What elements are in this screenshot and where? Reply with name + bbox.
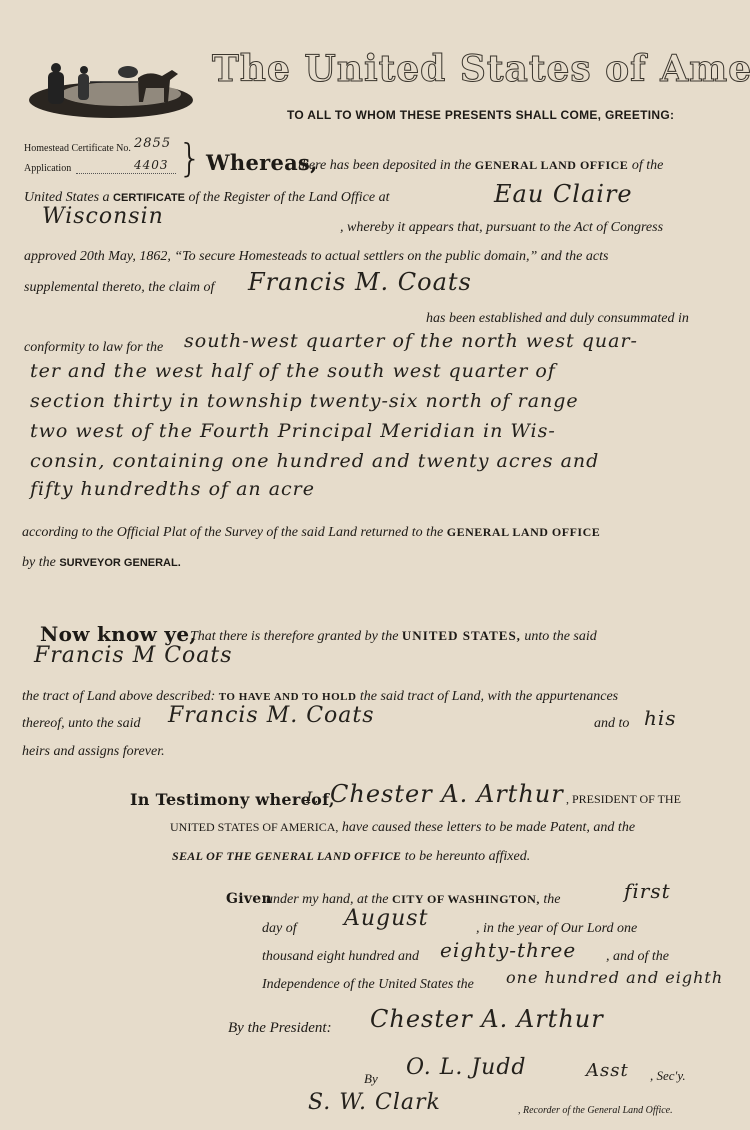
whereas-text: United States a — [24, 190, 110, 205]
whereas-text: conformity to law for the — [24, 340, 163, 356]
given-text: thousand eight hundred and — [262, 949, 419, 965]
whereas-text: of the Register of the Land Office at — [188, 190, 389, 205]
grant-text: thereof, unto the said — [22, 716, 140, 732]
act-of-congress: approved 20th May, 1862, “To secure Home… — [24, 249, 608, 265]
president-title: , PRESIDENT OF THE — [566, 792, 681, 807]
land-office-city: Eau Claire — [494, 180, 633, 208]
grant-text: and to — [594, 716, 629, 732]
united-states-caps: UNITED STATES, — [402, 628, 521, 643]
assistant-label: Asst — [586, 1060, 629, 1081]
application-leader — [76, 173, 176, 174]
application-number: 4403 — [134, 158, 169, 172]
given-text: under my hand, at the — [266, 892, 388, 907]
surveyor-general: SURVEYOR GENERAL. — [59, 557, 180, 569]
given-text: Independence of the United States the — [262, 977, 474, 993]
whereas-text: of the — [632, 158, 664, 173]
land-description-line: south-west quarter of the north west qua… — [184, 330, 638, 352]
given-text: the — [543, 892, 560, 907]
testimony-i: I, — [306, 788, 319, 807]
farm-scene-engraving-icon — [26, 48, 196, 120]
grantee-name: Francis M. Coats — [168, 703, 375, 728]
month-value: August — [344, 906, 428, 931]
general-land-office: GENERAL LAND OFFICE — [475, 158, 629, 172]
whereas-text: supplemental thereto, the claim of — [24, 280, 214, 296]
grant-text: unto the said — [524, 629, 596, 644]
grantee-name: Francis M Coats — [34, 643, 233, 668]
secretary-signature: O. L. Judd — [406, 1055, 526, 1080]
grant-text: the tract of Land above described: — [22, 689, 215, 704]
grantee-pronoun: his — [644, 706, 677, 730]
testimony-text: have caused these letters to be made Pat… — [342, 820, 635, 835]
land-description-line: section thirty in township twenty-six no… — [30, 390, 579, 412]
certificate-number: 2855 — [134, 136, 178, 151]
testimony-text: to be hereunto affixed. — [405, 849, 530, 864]
whereas-text: by the — [22, 555, 56, 570]
brace: } — [178, 139, 202, 177]
day-value: first — [624, 879, 671, 903]
whereas-text: has been established and duly consummate… — [426, 311, 689, 327]
certificate-label: Homestead Certificate No. — [24, 143, 131, 154]
given-text: , and of the — [606, 949, 669, 965]
seal-caps: SEAL OF THE GENERAL LAND OFFICE — [172, 849, 401, 863]
land-office-state: Wisconsin — [42, 204, 164, 229]
claimant-name: Francis M. Coats — [248, 268, 472, 296]
document-title: The United States of America, — [212, 48, 750, 90]
whereas-text: according to the Official Plat of the Su… — [22, 525, 443, 540]
land-description-line: ter and the west half of the south west … — [30, 360, 556, 382]
land-description-line: consin, containing one hundred and twent… — [30, 450, 599, 472]
application-label: Application — [24, 163, 71, 174]
by-president-label: By the President: — [228, 1020, 332, 1037]
usa-caps: UNITED STATES OF AMERICA, — [170, 820, 338, 834]
president-signature: Chester A. Arthur — [370, 1005, 604, 1033]
whereas-text: , whereby it appears that, pursuant to t… — [340, 220, 663, 236]
grant-text: heirs and assigns forever. — [22, 744, 165, 760]
secretary-suffix: , Sec'y. — [650, 1068, 686, 1084]
city-caps: CITY OF WASHINGTON, — [392, 892, 540, 906]
greeting: TO ALL TO WHOM THESE PRESENTS SHALL COME… — [287, 108, 674, 122]
land-description-line: two west of the Fourth Principal Meridia… — [30, 420, 556, 442]
grant-text: That there is therefore granted by the — [190, 629, 398, 644]
given-text: , in the year of Our Lord one — [476, 921, 637, 937]
year-value: eighty-three — [440, 938, 576, 962]
whereas-text: there has been deposited in the — [298, 158, 471, 173]
certificate-caps: CERTIFICATE — [113, 192, 185, 204]
testimony-lead: In Testimony whereof, — [130, 790, 335, 809]
by-label: By — [364, 1071, 378, 1087]
general-land-office: GENERAL LAND OFFICE — [447, 525, 601, 539]
land-description-line: fifty hundredths of an acre — [30, 478, 315, 500]
recorder-label: , Recorder of the General Land Office. — [518, 1105, 673, 1116]
grant-text: the said tract of Land, with the appurte… — [360, 689, 618, 704]
independence-year-value: one hundred and eighth — [506, 968, 723, 987]
president-name: Chester A. Arthur — [330, 780, 564, 808]
recorder-signature: S. W. Clark — [308, 1090, 441, 1115]
habendum-caps: TO HAVE AND TO HOLD — [219, 691, 357, 703]
given-text: day of — [262, 921, 297, 937]
